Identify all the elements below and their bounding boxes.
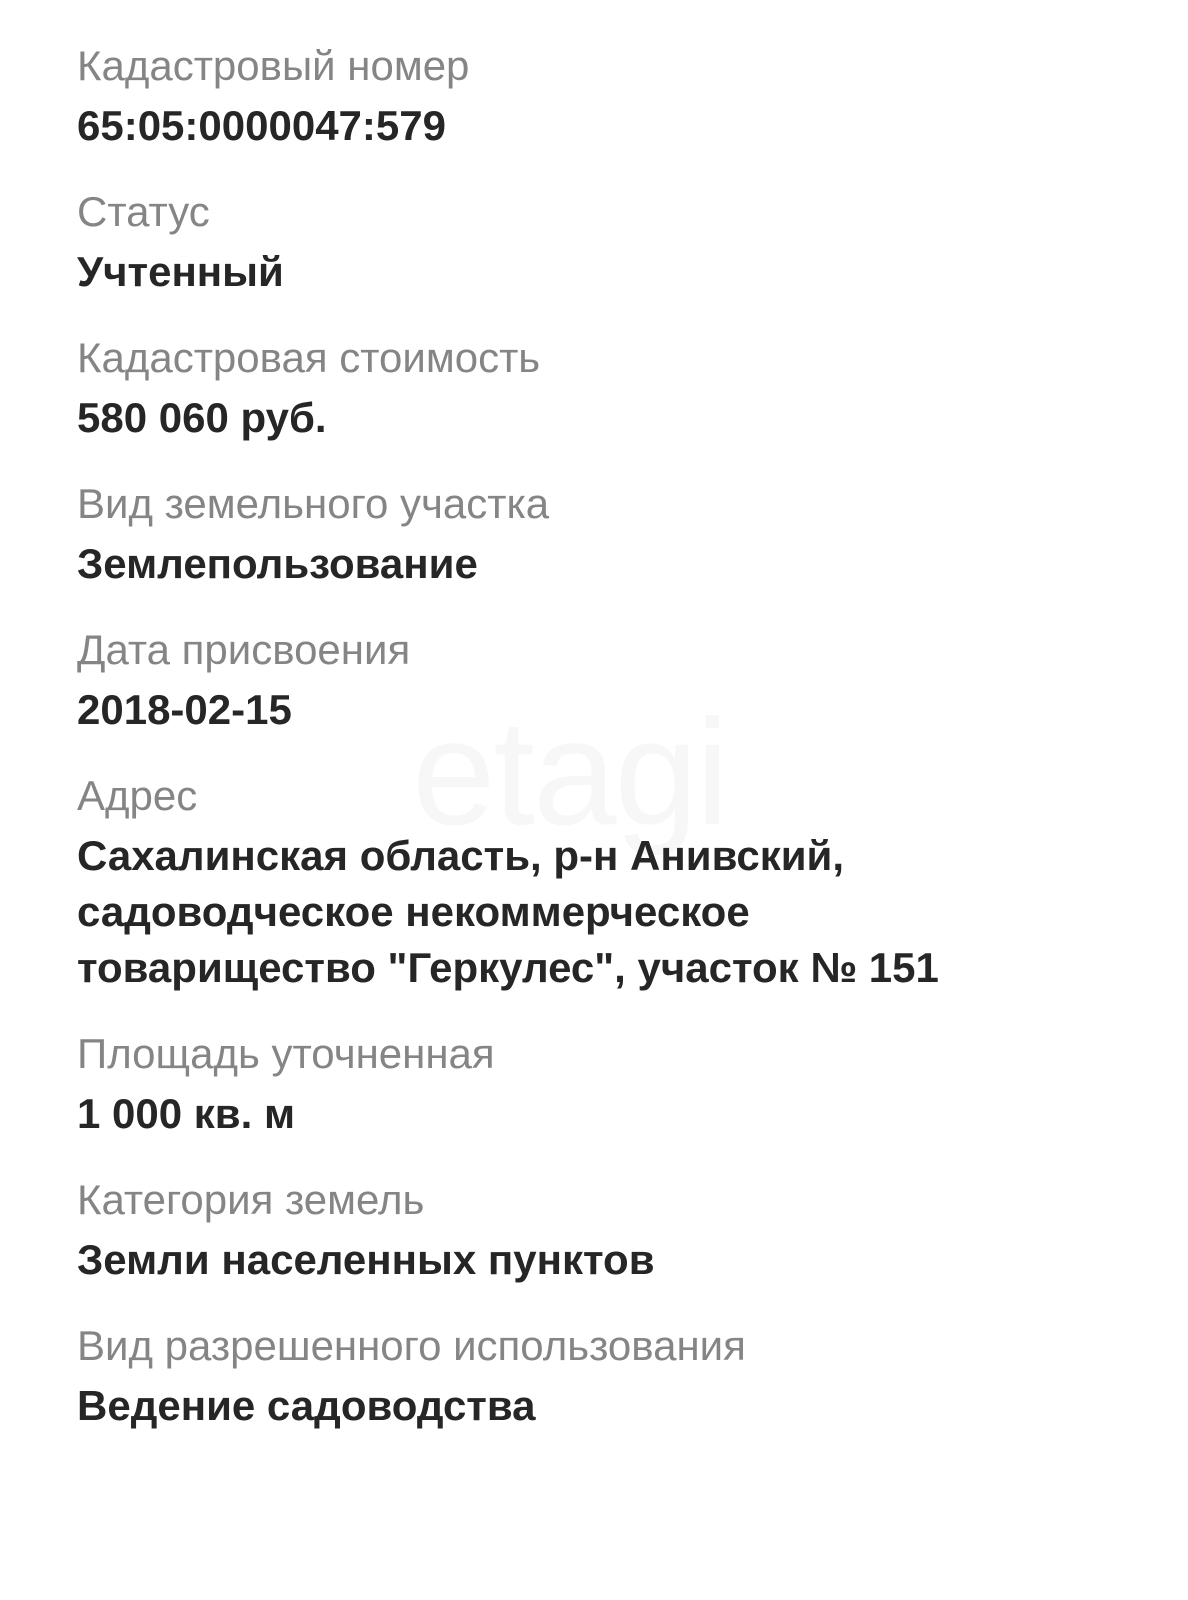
field-address: Адрес Сахалинская область, р-н Анивский,… <box>77 766 1137 996</box>
field-value: Землепользование <box>77 536 1137 592</box>
field-value: 65:05:0000047:579 <box>77 98 1137 154</box>
field-label: Статус <box>77 182 1137 244</box>
field-area: Площадь уточненная 1 000 кв. м <box>77 1024 1137 1142</box>
cadastral-info-list: Кадастровый номер 65:05:0000047:579 Стат… <box>77 36 1137 1462</box>
field-label: Дата присвоения <box>77 620 1137 682</box>
field-assignment-date: Дата присвоения 2018-02-15 <box>77 620 1137 738</box>
field-label: Вид разрешенного использования <box>77 1316 1137 1378</box>
field-cadastral-value: Кадастровая стоимость 580 060 руб. <box>77 328 1137 446</box>
field-value-line: садоводческое некоммерческое <box>77 884 1137 940</box>
field-value: Учтенный <box>77 244 1137 300</box>
field-land-category: Категория земель Земли населенных пункто… <box>77 1170 1137 1288</box>
field-land-type: Вид земельного участка Землепользование <box>77 474 1137 592</box>
field-cadastral-number: Кадастровый номер 65:05:0000047:579 <box>77 36 1137 154</box>
field-label: Адрес <box>77 766 1137 828</box>
field-value: Ведение садоводства <box>77 1378 1137 1434</box>
field-value: 580 060 руб. <box>77 390 1137 446</box>
field-value: 2018-02-15 <box>77 682 1137 738</box>
field-label: Кадастровая стоимость <box>77 328 1137 390</box>
field-value-line: товарищество "Геркулес", участок № 151 <box>77 940 1137 996</box>
field-label: Площадь уточненная <box>77 1024 1137 1086</box>
field-value: 1 000 кв. м <box>77 1086 1137 1142</box>
field-label: Кадастровый номер <box>77 36 1137 98</box>
field-value: Земли населенных пунктов <box>77 1232 1137 1288</box>
field-status: Статус Учтенный <box>77 182 1137 300</box>
field-value-line: Сахалинская область, р-н Анивский, <box>77 828 1137 884</box>
field-label: Категория земель <box>77 1170 1137 1232</box>
field-label: Вид земельного участка <box>77 474 1137 536</box>
field-permitted-use: Вид разрешенного использования Ведение с… <box>77 1316 1137 1434</box>
